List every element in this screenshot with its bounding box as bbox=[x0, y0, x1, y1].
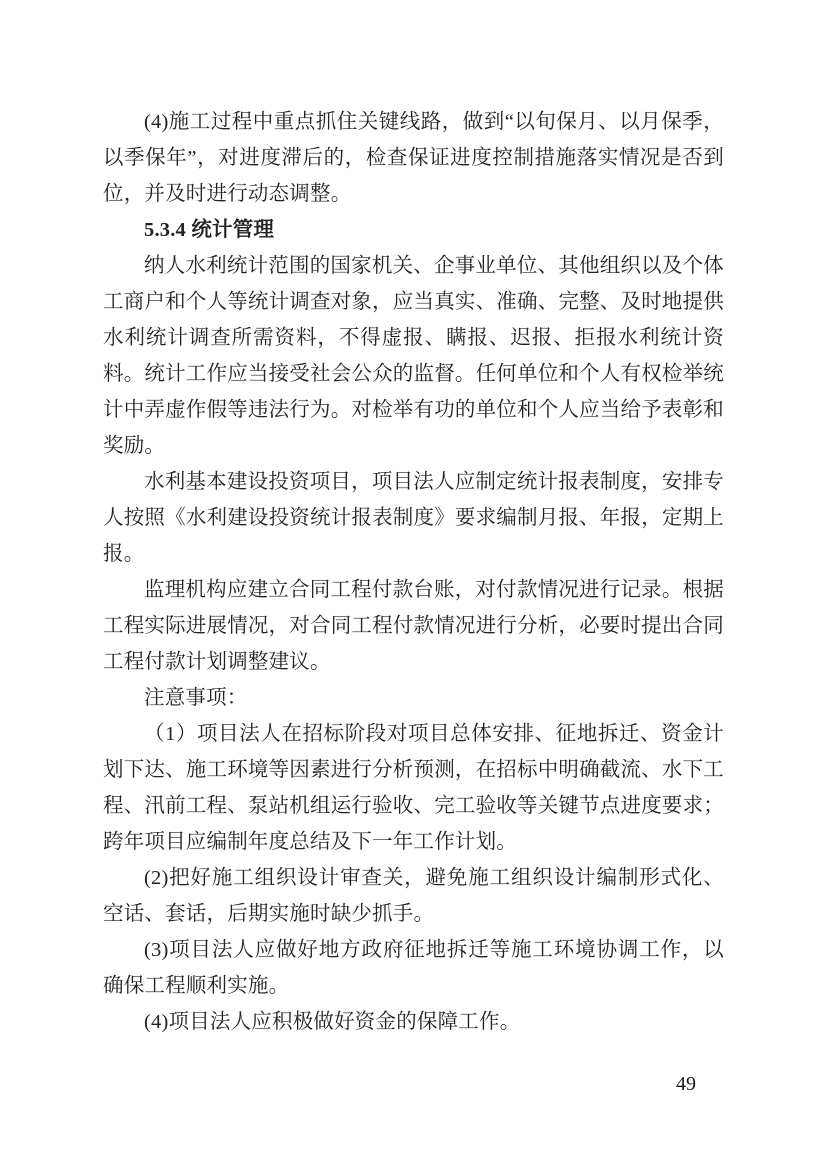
document-page: (4)施工过程中重点抓住关键线路，做到“以旬保月、以月保季，以季保年”，对进度滞… bbox=[0, 0, 826, 1169]
paragraph-statistics-scope: 纳人水利统计范围的国家机关、企事业单位、其他组织以及个体工商户和个人等统计调查对… bbox=[103, 248, 724, 464]
paragraph-investment-reporting: 水利基本建设投资项目，项目法人应制定统计报表制度，安排专人按照《水利建设投资统计… bbox=[103, 464, 724, 572]
page-number: 49 bbox=[666, 1072, 706, 1096]
paragraph-payment-ledger: 监理机构应建立合同工程付款台账，对付款情况进行记录。根据工程实际进展情况，对合同… bbox=[103, 572, 724, 680]
paragraph-schedule-control: (4)施工过程中重点抓住关键线路，做到“以旬保月、以月保季，以季保年”，对进度滞… bbox=[103, 104, 724, 212]
note-item-2: (2)把好施工组织设计审查关，避免施工组织设计编制形式化、空话、套话，后期实施时… bbox=[103, 860, 724, 932]
note-item-1: （1）项目法人在招标阶段对项目总体安排、征地拆迁、资金计划下达、施工环境等因素进… bbox=[103, 716, 724, 860]
page-content: (4)施工过程中重点抓住关键线路，做到“以旬保月、以月保季，以季保年”，对进度滞… bbox=[103, 104, 724, 1040]
note-item-3: (3)项目法人应做好地方政府征地拆迁等施工环境协调工作，以确保工程顺利实施。 bbox=[103, 932, 724, 1004]
notes-label: 注意事项： bbox=[103, 680, 724, 716]
note-item-4: (4)项目法人应积极做好资金的保障工作。 bbox=[103, 1004, 724, 1040]
section-heading: 5.3.4 统计管理 bbox=[103, 212, 724, 248]
